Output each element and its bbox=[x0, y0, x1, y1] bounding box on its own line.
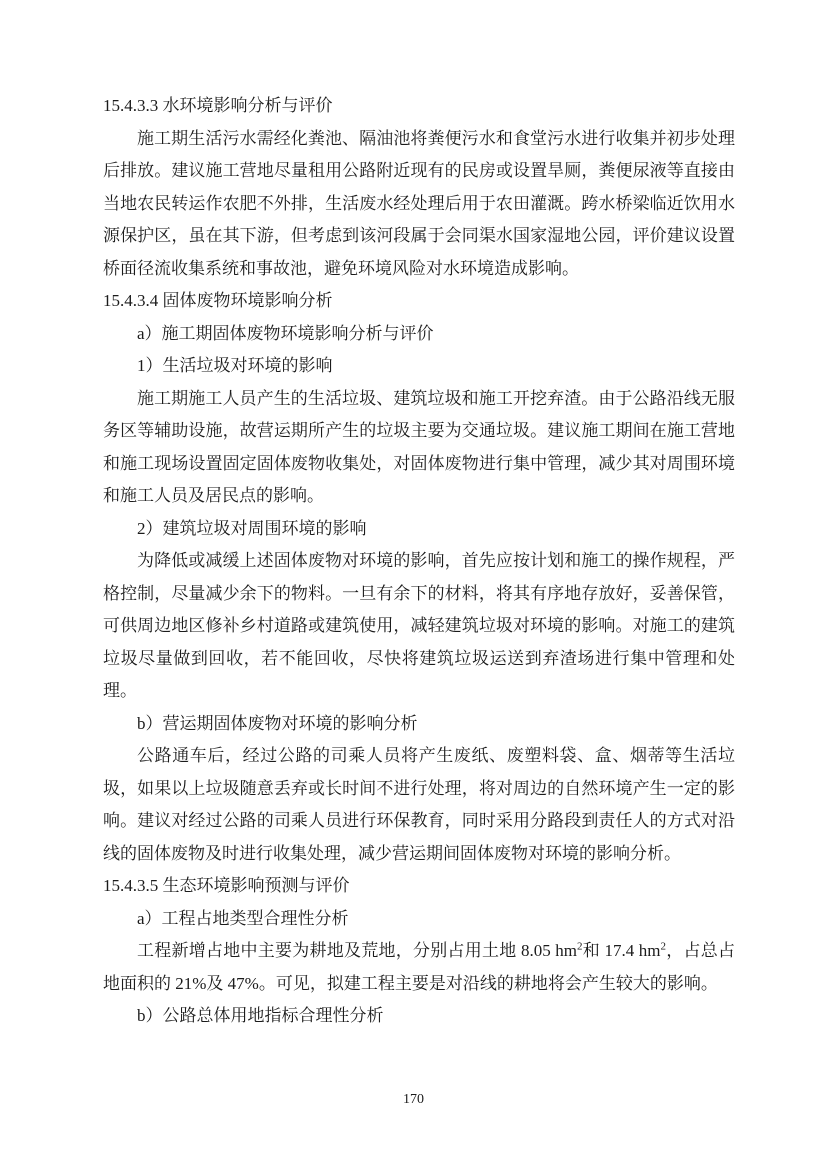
list-item-a-construction-period: a）施工期固体废物环境影响分析与评价 bbox=[103, 318, 735, 351]
paragraph-wastewater: 施工期生活污水需经化粪池、隔油池将粪便污水和食堂污水进行收集并初步处理后排放。建… bbox=[103, 123, 735, 286]
list-item-a-land-type: a）工程占地类型合理性分析 bbox=[103, 903, 735, 936]
page-footer: 170 bbox=[0, 1091, 827, 1109]
list-item-1-domestic-garbage: 1）生活垃圾对环境的影响 bbox=[103, 350, 735, 383]
paragraph-land-occupation: 工程新增占地中主要为耕地及荒地，分别占用土地 8.05 hm2和 17.4 hm… bbox=[103, 935, 735, 1000]
page-number: 170 bbox=[403, 1092, 424, 1107]
paragraph-operation-waste: 公路通车后，经过公路的司乘人员将产生废纸、废塑料袋、盒、烟蒂等生活垃圾，如果以上… bbox=[103, 740, 735, 870]
document-page: 15.4.3.3 水环境影响分析与评价 施工期生活污水需经化粪池、隔油池将粪便污… bbox=[0, 0, 827, 1169]
list-item-b-land-index: b）公路总体用地指标合理性分析 bbox=[103, 1000, 735, 1033]
section-heading-solid-waste: 15.4.3.4 固体废物环境影响分析 bbox=[103, 285, 735, 318]
paragraph-domestic-garbage: 施工期施工人员产生的生活垃圾、建筑垃圾和施工开挖弃渣。由于公路沿线无服务区等辅助… bbox=[103, 383, 735, 513]
section-heading-ecology: 15.4.3.5 生态环境影响预测与评价 bbox=[103, 870, 735, 903]
section-heading-water-environment: 15.4.3.3 水环境影响分析与评价 bbox=[103, 90, 735, 123]
list-item-2-construction-garbage: 2）建筑垃圾对周围环境的影响 bbox=[103, 513, 735, 546]
document-body: 15.4.3.3 水环境影响分析与评价 施工期生活污水需经化粪池、隔油池将粪便污… bbox=[103, 90, 735, 1033]
list-item-b-operation-period: b）营运期固体废物对环境的影响分析 bbox=[103, 708, 735, 741]
paragraph-construction-garbage: 为降低或减缓上述固体废物对环境的影响，首先应按计划和施工的操作规程，严格控制，尽… bbox=[103, 545, 735, 708]
land-occupation-text-2: 和 17.4 hm bbox=[583, 941, 661, 960]
land-occupation-text-1: 工程新增占地中主要为耕地及荒地，分别占用土地 8.05 hm bbox=[137, 941, 577, 960]
